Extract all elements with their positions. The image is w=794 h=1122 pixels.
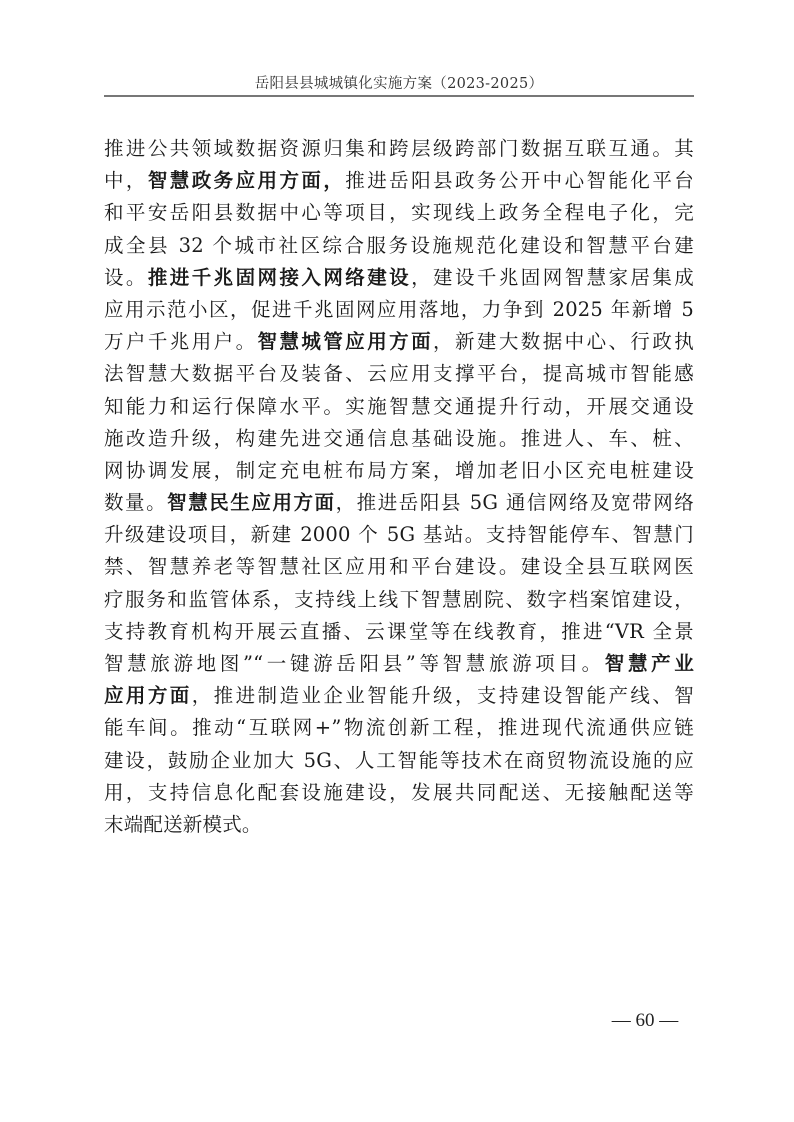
text-line: 禁、智慧养老等智慧社区应用和平台建设。建设全县互联网医: [104, 551, 694, 583]
text-run: 法智慧大数据平台及装备、云应用支撑平台，提高城市智能感: [104, 362, 694, 385]
text-line: 疗服务和监管体系，支持线上线下智慧剧院、数字档案馆建设，: [104, 584, 694, 616]
text-run: 知能力和运行保障水平。实施智慧交通提升行动，开展交通设: [104, 395, 694, 418]
text-line: 用，支持信息化配套设施建设，发展共同配送、无接触配送等: [104, 777, 694, 809]
text-run: 万户千兆用户。: [104, 330, 258, 353]
text-line: 支持教育机构开展云直播、云课堂等在线教育，推进“VR 全景: [104, 616, 694, 648]
text-line: 数量。智慧民生应用方面，推进岳阳县 5G 通信网络及宽带网络: [104, 487, 694, 519]
bold-heading-phrase: 应用方面: [104, 684, 192, 707]
text-line: 应用示范小区，促进千兆固网应用落地，力争到 2025 年新增 5: [104, 294, 694, 326]
text-run: 施改造升级，构建先进交通信息基础设施。推进人、车、桩、: [104, 427, 694, 450]
text-line: 推进公共领域数据资源归集和跨层级跨部门数据互联互通。其: [104, 133, 694, 165]
text-line: 成全县 32 个城市社区综合服务设施规范化建设和智慧平台建: [104, 230, 694, 262]
text-run: 建设，鼓励企业加大 5G、人工智能等技术在商贸物流设施的应: [104, 749, 694, 772]
text-run: 支持教育机构开展云直播、云课堂等在线教育，推进“VR 全景: [104, 620, 694, 643]
text-run: 和平安岳阳县数据中心等项目，实现线上政务全程电子化，完: [104, 201, 694, 224]
text-run: 推进岳阳县政务公开中心智能化平台: [345, 169, 694, 192]
text-line: 应用方面，推进制造业企业智能升级，支持建设智能产线、智: [104, 680, 694, 712]
text-run: 设。: [104, 266, 148, 289]
bold-heading-phrase: 智慧城管应用方面: [258, 330, 433, 353]
text-run: 数量。: [104, 491, 167, 514]
text-run: 禁、智慧养老等智慧社区应用和平台建设。建设全县互联网医: [104, 555, 694, 578]
text-line: 设。推进千兆固网接入网络建设，建设千兆固网智慧家居集成: [104, 262, 694, 294]
body-paragraph: 推进公共领域数据资源归集和跨层级跨部门数据互联互通。其中，智慧政务应用方面，推进…: [104, 133, 694, 841]
text-run: 升级建设项目，新建 2000 个 5G 基站。支持智能停车、智慧门: [104, 523, 694, 546]
running-header-title: 岳阳县县城城镇化实施方案（2023-2025）: [104, 72, 694, 93]
text-run: 用，支持信息化配套设施建设，发展共同配送、无接触配送等: [104, 781, 694, 804]
text-line: 万户千兆用户。智慧城管应用方面，新建大数据中心、行政执: [104, 326, 694, 358]
text-line: 末端配送新模式。: [104, 809, 694, 841]
text-run: ，新建大数据中心、行政执: [433, 330, 694, 353]
text-run: 疗服务和监管体系，支持线上线下智慧剧院、数字档案馆建设，: [104, 588, 694, 611]
text-line: 中，智慧政务应用方面，推进岳阳县政务公开中心智能化平台: [104, 165, 694, 197]
header-divider: [104, 95, 694, 97]
bold-heading-phrase: 智慧产业: [605, 652, 694, 675]
bold-heading-phrase: 智慧民生应用方面: [167, 491, 335, 514]
text-run: ，建设千兆固网智慧家居集成: [411, 266, 694, 289]
text-run: 应用示范小区，促进千兆固网应用落地，力争到 2025 年新增 5: [104, 298, 694, 321]
text-line: 升级建设项目，新建 2000 个 5G 基站。支持智能停车、智慧门: [104, 519, 694, 551]
text-run: 能车间。推动“互联网+”物流创新工程，推进现代流通供应链: [104, 716, 694, 739]
page-number: — 60 —: [600, 1010, 690, 1032]
text-run: 成全县 32 个城市社区综合服务设施规范化建设和智慧平台建: [104, 234, 694, 257]
text-line: 法智慧大数据平台及装备、云应用支撑平台，提高城市智能感: [104, 358, 694, 390]
text-run: 网协调发展，制定充电桩布局方案，增加老旧小区充电桩建设: [104, 459, 694, 482]
bold-heading-phrase: 智慧政务应用方面，: [148, 169, 345, 192]
text-line: 网协调发展，制定充电桩布局方案，增加老旧小区充电桩建设: [104, 455, 694, 487]
text-run: 中，: [104, 169, 148, 192]
text-run: 智慧旅游地图”“一键游岳阳县”等智慧旅游项目。: [104, 652, 605, 675]
text-line: 能车间。推动“互联网+”物流创新工程，推进现代流通供应链: [104, 712, 694, 744]
text-line: 建设，鼓励企业加大 5G、人工智能等技术在商贸物流设施的应: [104, 745, 694, 777]
text-line: 施改造升级，构建先进交通信息基础设施。推进人、车、桩、: [104, 423, 694, 455]
text-run: ，推进岳阳县 5G 通信网络及宽带网络: [336, 491, 694, 514]
text-line: 知能力和运行保障水平。实施智慧交通提升行动，开展交通设: [104, 391, 694, 423]
text-run: ，推进制造业企业智能升级，支持建设智能产线、智: [192, 684, 694, 707]
text-line: 和平安岳阳县数据中心等项目，实现线上政务全程电子化，完: [104, 197, 694, 229]
text-line: 智慧旅游地图”“一键游岳阳县”等智慧旅游项目。智慧产业: [104, 648, 694, 680]
bold-heading-phrase: 推进千兆固网接入网络建设: [148, 266, 411, 289]
text-run: 末端配送新模式。: [104, 813, 262, 836]
text-run: 推进公共领域数据资源归集和跨层级跨部门数据互联互通。其: [104, 137, 694, 160]
